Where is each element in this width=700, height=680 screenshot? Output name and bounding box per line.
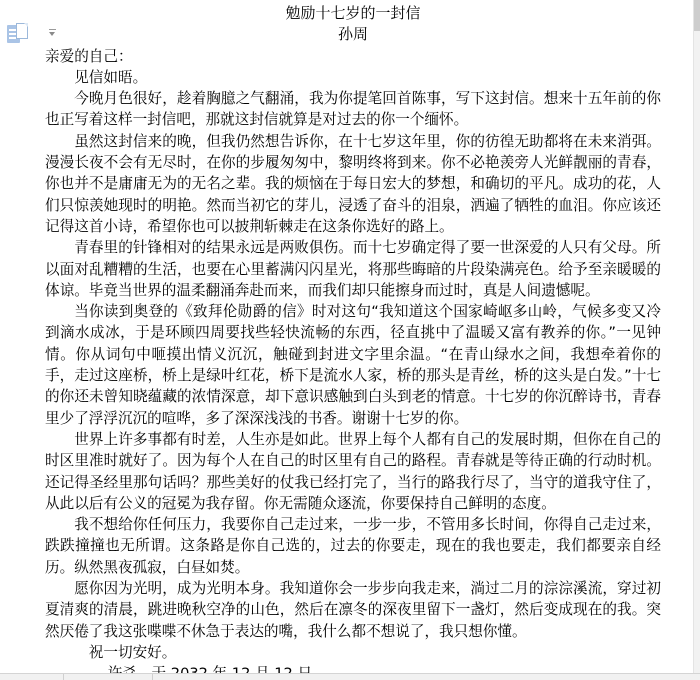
- letter-paragraph[interactable]: 青春里的针锋相对的结果永远是两败俱伤。而十七岁确定得了要一世深爱的人只有父母。所…: [45, 237, 661, 301]
- chevron-down-icon[interactable]: [48, 29, 57, 36]
- paste-options-button[interactable]: [7, 23, 29, 47]
- letter-salutation[interactable]: 亲爱的自己：: [45, 46, 661, 67]
- letter-paragraph[interactable]: 世界上许多事都有时差，人生亦是如此。世界上每个人都有自己的发展时期，但你在自己的…: [45, 429, 661, 514]
- status-bar: [0, 673, 700, 680]
- statusbar-divider: [63, 674, 64, 680]
- document-page-icon: [16, 23, 28, 39]
- letter-paragraph[interactable]: 今晚月色很好，趁着胸臆之气翻涌，我为你提笔回首陈事，写下这封信。想来十五年前的你…: [45, 88, 661, 131]
- scrollbar-thumb[interactable]: [694, 0, 700, 31]
- document-page[interactable]: 勉励十七岁的一封信 孙周 亲爱的自己： 见信如晤。 今晚月色很好，趁着胸臆之气翻…: [0, 0, 694, 673]
- letter-title: 勉励十七岁的一封信: [45, 3, 661, 24]
- letter-content: 勉励十七岁的一封信 孙周 亲爱的自己： 见信如晤。 今晚月色很好，趁着胸臆之气翻…: [45, 3, 661, 680]
- letter-closing[interactable]: 祝一切安好。: [45, 642, 661, 663]
- letter-paragraph[interactable]: 当你读到奥登的《致拜伦勋爵的信》时对这句“我知道这个国家崎岖多山岭，气候多变又冷…: [45, 301, 661, 429]
- statusbar-divider: [152, 674, 153, 680]
- vertical-scrollbar[interactable]: [693, 0, 700, 673]
- letter-paragraph[interactable]: 见信如晤。: [45, 67, 661, 88]
- letter-paragraph[interactable]: 虽然这封信来的晚，但我仍然想告诉你，在十七岁这年里，你的彷徨无助都将在未来消弭。…: [45, 131, 661, 237]
- letter-paragraph[interactable]: 我不想给你任何压力，我要你自己走过来，一步一步，不管用多长时间，你得自己走过来，…: [45, 514, 661, 578]
- letter-author: 孙周: [45, 24, 661, 45]
- letter-paragraph[interactable]: 愿你因为光明，成为光明本身。我知道你会一步步向我走来，淌过二月的淙淙溪流，穿过初…: [45, 578, 661, 642]
